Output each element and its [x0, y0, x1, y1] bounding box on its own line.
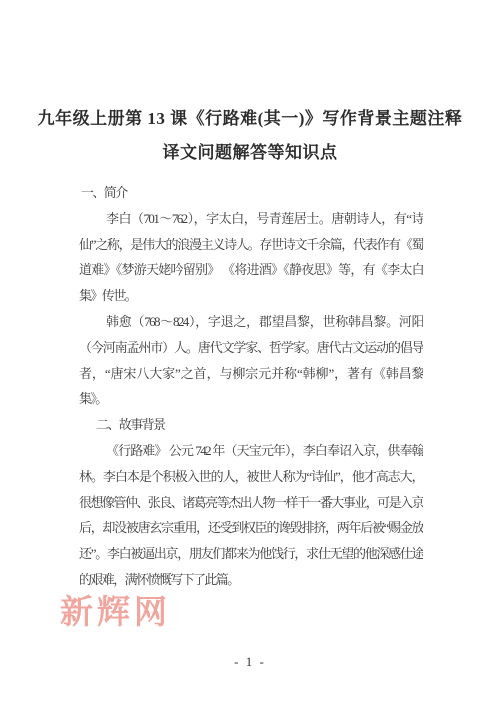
body-line: 集》。 — [79, 386, 423, 412]
document-title-line2: 译文问题解答等知识点 — [0, 136, 500, 170]
document-page: 九年级上册第 13 课《行路难(其一)》写作背景主题注释 译文问题解答等知识点 … — [0, 0, 500, 707]
body-line: 二、故事背景 — [79, 412, 423, 438]
body-line: 仙”之称，是伟大的浪漫主义诗人。存世诗文千余篇，代表作有《蜀 — [79, 232, 423, 258]
page-number: - 1 - — [0, 654, 500, 670]
body-line: 韩愈（768～824），字退之，郡望昌黎，世称韩昌黎。河阳 — [79, 309, 423, 335]
body-line: 者，“唐宋八大家”之首，与柳宗元并称“韩柳”，著有《韩昌黎 — [79, 361, 423, 387]
body-line: 还”。李白被逼出京，朋友们都来为他饯行，求仕无望的他深感仕途 — [79, 541, 423, 567]
body-line: 集》传世。 — [79, 283, 423, 309]
document-title: 九年级上册第 13 课《行路难(其一)》写作背景主题注释 译文问题解答等知识点 — [0, 102, 500, 170]
body-line: 后，却没被唐玄宗重用，还受到权臣的谗毁排挤，两年后被“赐金放 — [79, 515, 423, 541]
document-body: 一、简介李白（701～762），字太白，号青莲居士。唐朝诗人，有“诗仙”之称，是… — [79, 180, 423, 593]
watermark: 新辉网 — [60, 586, 171, 633]
body-line: 的艰难，满怀愤慨写下了此篇。 — [79, 567, 423, 593]
body-line: 李白（701～762），字太白，号青莲居士。唐朝诗人，有“诗 — [79, 206, 423, 232]
body-line: 一、简介 — [79, 180, 423, 206]
body-line: 《行路难》 公元 742 年（天宝元年），李白奉诏入京，供奉翰 — [79, 438, 423, 464]
body-line: 林。李白本是个积极入世的人，被世人称为“诗仙”，他才高志大， — [79, 464, 423, 490]
body-line: （今河南孟州市）人。唐代文学家、哲学家。唐代古文运动的倡导 — [79, 335, 423, 361]
body-line: 很想像管仲、张良、诸葛亮等杰出人物一样干一番大事业，可是入京 — [79, 490, 423, 516]
document-title-line1: 九年级上册第 13 课《行路难(其一)》写作背景主题注释 — [0, 102, 500, 136]
body-line: 道难》《梦游天姥吟留别》 《将进酒》《静夜思》等，有《李太白 — [79, 257, 423, 283]
